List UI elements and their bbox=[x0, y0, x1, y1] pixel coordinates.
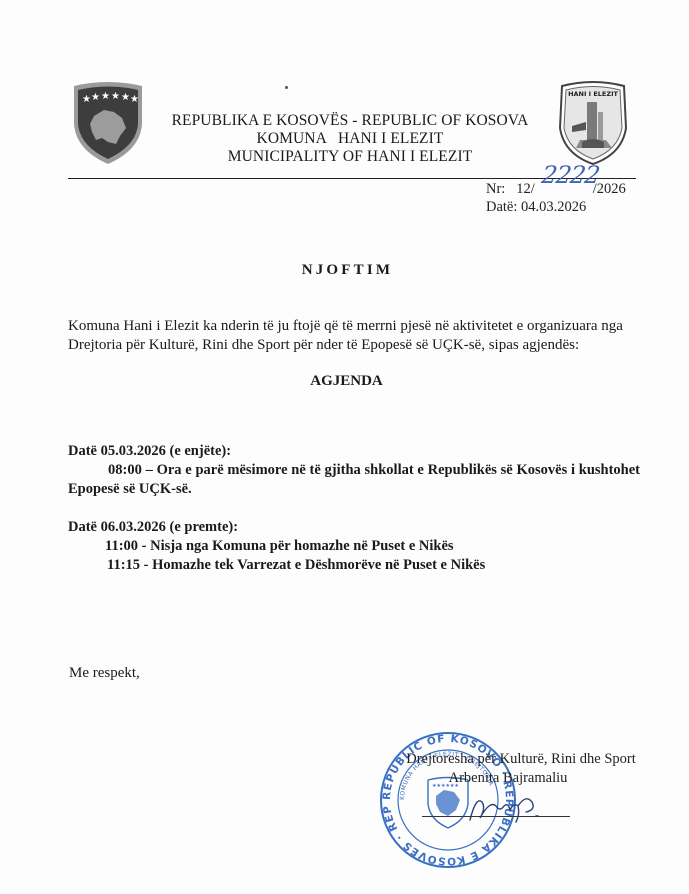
agenda-day-date: Datë 05.03.2026 (e enjëte): bbox=[68, 442, 640, 461]
agenda-item: 11:15 - Homazhe tek Varrezat e Dëshmorëv… bbox=[68, 556, 640, 575]
svg-text:★: ★ bbox=[121, 92, 130, 103]
reference-number-label: Nr: bbox=[486, 181, 505, 197]
agenda-day-date: Datë 06.03.2026 (e premte): bbox=[68, 518, 640, 537]
scan-speck bbox=[285, 86, 288, 89]
kosovo-coat-of-arms-icon: ★ ★ ★ ★ ★ ★ bbox=[70, 80, 146, 166]
svg-text:HANI I ELEZIT: HANI I ELEZIT bbox=[568, 90, 618, 98]
agenda-list: Datë 05.03.2026 (e enjëte): 08:00 – Ora … bbox=[68, 442, 640, 594]
reference-date-label: Datë: bbox=[486, 199, 517, 215]
signatory-title: Drejtoresha për Kulturë, Rini dhe Sport bbox=[392, 750, 642, 769]
handwritten-signature-icon bbox=[466, 792, 546, 826]
signatory-name: Arbenita Bajramaliu bbox=[392, 769, 642, 788]
intro-paragraph: Komuna Hani i Elezit ka nderin të ju fto… bbox=[68, 317, 640, 355]
svg-text:★: ★ bbox=[130, 94, 139, 105]
svg-text:★: ★ bbox=[91, 92, 100, 103]
agenda-heading: AGJENDA bbox=[0, 373, 689, 390]
signature-line bbox=[422, 816, 570, 817]
reference-block: Nr: 12//2026 2222 Datë: 04.03.2026 bbox=[486, 180, 626, 216]
letterhead-line-republic: REPUBLIKA E KOSOVËS - REPUBLIC OF KOSOVA bbox=[150, 112, 550, 130]
hani-i-elezit-emblem-icon: HANI I ELEZIT bbox=[556, 78, 630, 166]
reference-date-value: 04.03.2026 bbox=[521, 199, 586, 215]
agenda-day: Datë 06.03.2026 (e premte): 11:00 - Nisj… bbox=[68, 518, 640, 575]
document-title: NJOFTIM bbox=[0, 262, 689, 279]
svg-text:★: ★ bbox=[82, 94, 91, 105]
agenda-day: Datë 05.03.2026 (e enjëte): 08:00 – Ora … bbox=[68, 442, 640, 499]
svg-text:★: ★ bbox=[101, 91, 110, 102]
letterhead-line-municipality: KOMUNA HANI I ELEZIT bbox=[150, 130, 550, 148]
reference-number: Nr: 12//2026 2222 bbox=[486, 180, 626, 198]
letterhead: REPUBLIKA E KOSOVËS - REPUBLIC OF KOSOVA… bbox=[150, 112, 550, 166]
handwritten-protocol-number: 2222 bbox=[541, 166, 601, 184]
signature-block: Drejtoresha për Kulturë, Rini dhe Sport … bbox=[392, 750, 642, 788]
closing-salutation: Me respekt, bbox=[69, 665, 140, 682]
reference-number-prefix: 12/ bbox=[516, 181, 535, 197]
letterhead-line-municipality-en: MUNICIPALITY OF HANI I ELEZIT bbox=[150, 148, 550, 166]
agenda-item: 08:00 – Ora e parë mësimore në të gjitha… bbox=[68, 461, 640, 499]
agenda-item: 11:00 - Nisja nga Komuna për homazhe në … bbox=[68, 537, 640, 556]
svg-text:★: ★ bbox=[111, 91, 120, 102]
reference-date: Datë: 04.03.2026 bbox=[486, 198, 626, 216]
